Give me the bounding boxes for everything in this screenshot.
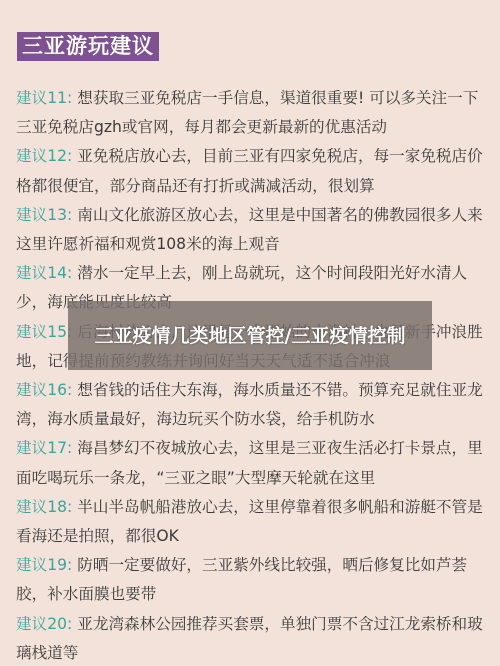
tip-text: 亚龙湾森林公园推荐买套票，单独门票不含过江龙索桥和玻璃栈道等 bbox=[16, 615, 483, 662]
tip-item-20: 建议20: 亚龙湾森林公园推荐买套票，单独门票不含过江龙索桥和玻璃栈道等 bbox=[16, 610, 486, 666]
tip-label: 建议17: bbox=[16, 439, 72, 457]
tip-item-19: 建议19: 防晒一定要做好，三亚紫外线比较强，晒后修复比如芦荟胶，补水面膜也要带 bbox=[16, 551, 486, 609]
tip-text: 半山半岛帆船港放心去，这里停靠着很多帆船和游艇不管是看海还是拍照，都很OK bbox=[16, 498, 483, 545]
caption-overlay: 三亚疫情几类地区管控/三亚疫情控制 bbox=[68, 301, 432, 370]
tip-item-18: 建议18: 半山半岛帆船港放心去，这里停靠着很多帆船和游艇不管是看海还是拍照，都… bbox=[16, 493, 486, 551]
page-title: 三亚游玩建议 bbox=[17, 32, 159, 61]
tip-label: 建议12: bbox=[16, 147, 72, 165]
header: 三亚游玩建议 bbox=[17, 32, 159, 61]
tip-label: 建议19: bbox=[16, 556, 72, 574]
tip-label: 建议18: bbox=[16, 498, 72, 516]
tip-text: 南山文化旅游区放心去，这里是中国著名的佛教园很多人来这里许愿祈福和观赏108米的… bbox=[16, 206, 483, 253]
tip-label: 建议13: bbox=[16, 206, 72, 224]
tip-item-12: 建议12: 亚免税店放心去，目前三亚有四家免税店，每一家免税店价格都很便宜，部分… bbox=[16, 142, 486, 200]
tip-label: 建议11: bbox=[16, 89, 72, 107]
tip-text: 想获取三亚免税店一手信息，渠道很重要! 可以多关注一下三亚免税店gzh或官网，每… bbox=[16, 89, 478, 136]
tip-text: 防晒一定要做好，三亚紫外线比较强，晒后修复比如芦荟胶，补水面膜也要带 bbox=[16, 556, 467, 603]
tip-text: 海昌梦幻不夜城放心去，这里是三亚夜生活必打卡景点，里面吃喝玩乐一条龙，“三亚之眼… bbox=[16, 439, 483, 486]
tip-item-11: 建议11: 想获取三亚免税店一手信息，渠道很重要! 可以多关注一下三亚免税店gz… bbox=[16, 84, 486, 142]
tips-list: 建议11: 想获取三亚免税店一手信息，渠道很重要! 可以多关注一下三亚免税店gz… bbox=[16, 84, 486, 666]
tip-label: 建议15: bbox=[16, 323, 72, 341]
tip-text: 想省钱的话住大东海，海水质量还不错。预算充足就住亚龙湾，海水质量最好，海边玩买个… bbox=[16, 381, 483, 428]
tip-item-13: 建议13: 南山文化旅游区放心去，这里是中国著名的佛教园很多人来这里许愿祈福和观… bbox=[16, 201, 486, 259]
tip-item-17: 建议17: 海昌梦幻不夜城放心去，这里是三亚夜生活必打卡景点，里面吃喝玩乐一条龙… bbox=[16, 434, 486, 492]
tip-label: 建议20: bbox=[16, 615, 72, 633]
overlay-caption: 三亚疫情几类地区管控/三亚疫情控制 bbox=[80, 324, 420, 348]
tip-item-16: 建议16: 想省钱的话住大东海，海水质量还不错。预算充足就住亚龙湾，海水质量最好… bbox=[16, 376, 486, 434]
tip-label: 建议14: bbox=[16, 264, 72, 282]
tip-label: 建议16: bbox=[16, 381, 72, 399]
tip-text: 亚免税店放心去，目前三亚有四家免税店，每一家免税店价格都很便宜，部分商品还有打折… bbox=[16, 147, 483, 194]
